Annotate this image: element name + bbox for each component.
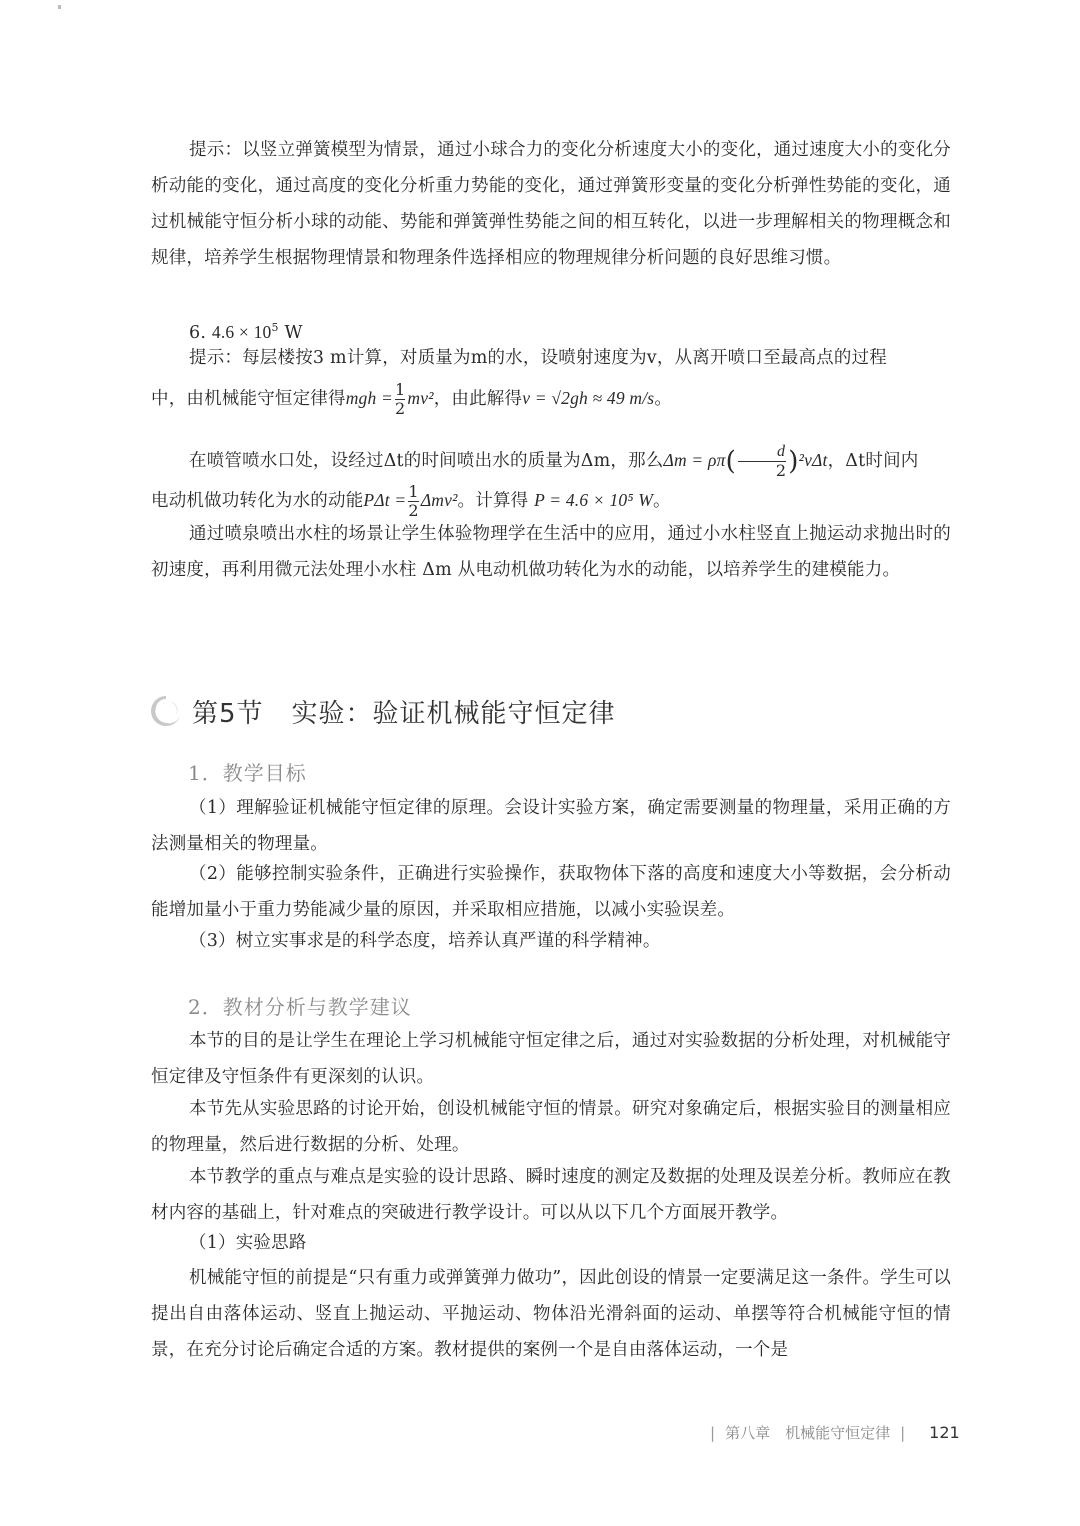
equation-p: PΔt = [363,490,406,510]
scan-speck [58,5,61,9]
divider: | [900,1424,905,1442]
goal-3: （3）树立实事求是的科学态度，培养认真严谨的科学精神。 [151,923,951,959]
subheading-experiment-idea: （1）实验思路 [151,1225,951,1261]
equation-tail: ²vΔt [799,450,828,470]
goal-1: （1）理解验证机械能守恒定律的原理。会设计实验方案，确定需要测量的物理量，采用正… [151,790,951,862]
equation-result: P = 4.6 × 10⁵ W [534,490,653,510]
idea-paragraph: 机械能守恒的前提是“只有重力或弹簧弹力做功”，因此创设的情景一定要满足这一条件。… [151,1260,951,1368]
page-number: 121 [929,1423,960,1442]
paren-open: ( [726,447,736,477]
nozzle-line1: 在喷管喷水口处，设经过Δt的时间喷出水的质量为Δm，那么Δm = ρπ(d2)²… [151,440,951,482]
nozzle-mid: 。计算得 [458,491,535,511]
heading-analysis: 2．教材分析与教学建议 [188,991,412,1020]
period: 。 [654,389,672,409]
equation-mgh: mgh = [346,388,393,408]
fraction-half: 12 [395,382,405,417]
section-name: 实验：验证机械能守恒定律 [292,699,616,729]
heading-teaching-goals: 1．教学目标 [188,757,307,786]
fountain-paragraph: 通过喷泉喷出水柱的场景让学生体验物理学在生活中的应用，通过小水柱竖直上抛运动求抛… [151,516,951,588]
nozzle-text: 在喷管喷水口处，设经过Δt的时间喷出水的质量为Δm，那么 [189,451,664,471]
textbook-page: 提示：以竖立弹簧模型为情景，通过小球合力的变化分析速度大小的变化，通过速度大小的… [0,0,1080,1526]
fraction-half-2: 12 [408,484,418,519]
divider: | [710,1424,715,1442]
equation-mv2: mv² [407,388,433,408]
section-title: 第5节实验：验证机械能守恒定律 [192,693,616,730]
fraction-d-2: d2 [738,444,786,479]
swirl-logo-icon [148,693,184,729]
page-footer: | 第八章 机械能守恒定律 | 121 [700,1422,960,1443]
hint-paragraph-5: 提示：以竖立弹簧模型为情景，通过小球合力的变化分析速度大小的变化，通过速度大小的… [151,132,951,276]
hint-6-text: 中，由机械能守恒定律得 [151,389,346,409]
period: 。 [653,491,671,511]
nozzle-text3: 电动机做功转化为水的动能 [151,491,363,511]
paren-close: ) [788,447,798,477]
answer-exponent: 5 [271,321,278,334]
section-heading: 第5节实验：验证机械能守恒定律 [148,688,616,734]
analysis-2: 本节先从实验思路的讨论开始，创设机械能守恒的情景。研究对象确定后，根据实验目的测… [151,1091,951,1163]
analysis-1: 本节的目的是让学生在理论上学习机械能守恒定律之后，通过对实验数据的分析处理，对机… [151,1023,951,1095]
equation-v: v = √2gh ≈ 49 m/s [522,388,654,408]
analysis-3: 本节教学的重点与难点是实验的设计思路、瞬时速度的测定及数据的处理及误差分析。教师… [151,1159,951,1231]
section-number: 第5节 [192,699,264,729]
goal-2: （2）能够控制实验条件，正确进行实验操作，获取物体下落的高度和速度大小等数据，会… [151,856,951,928]
nozzle-text2: ，Δt时间内 [828,451,919,471]
equation-dm: Δm = ρπ [664,450,726,470]
hint-6-line2: 中，由机械能守恒定律得mgh =12mv²，由此解得v = √2gh ≈ 49 … [151,376,951,421]
equation-dmv2: Δmv² [421,490,458,510]
hint-6-line1: 提示：每层楼按3 m计算，对质量为m的水，设喷射速度为v，从离开喷口至最高点的过… [151,340,951,376]
answer-value: 4.6 × 10 [212,322,272,342]
hint-6-mid: ，由此解得 [434,389,523,409]
chapter-title: 第八章 机械能守恒定律 [725,1422,890,1443]
